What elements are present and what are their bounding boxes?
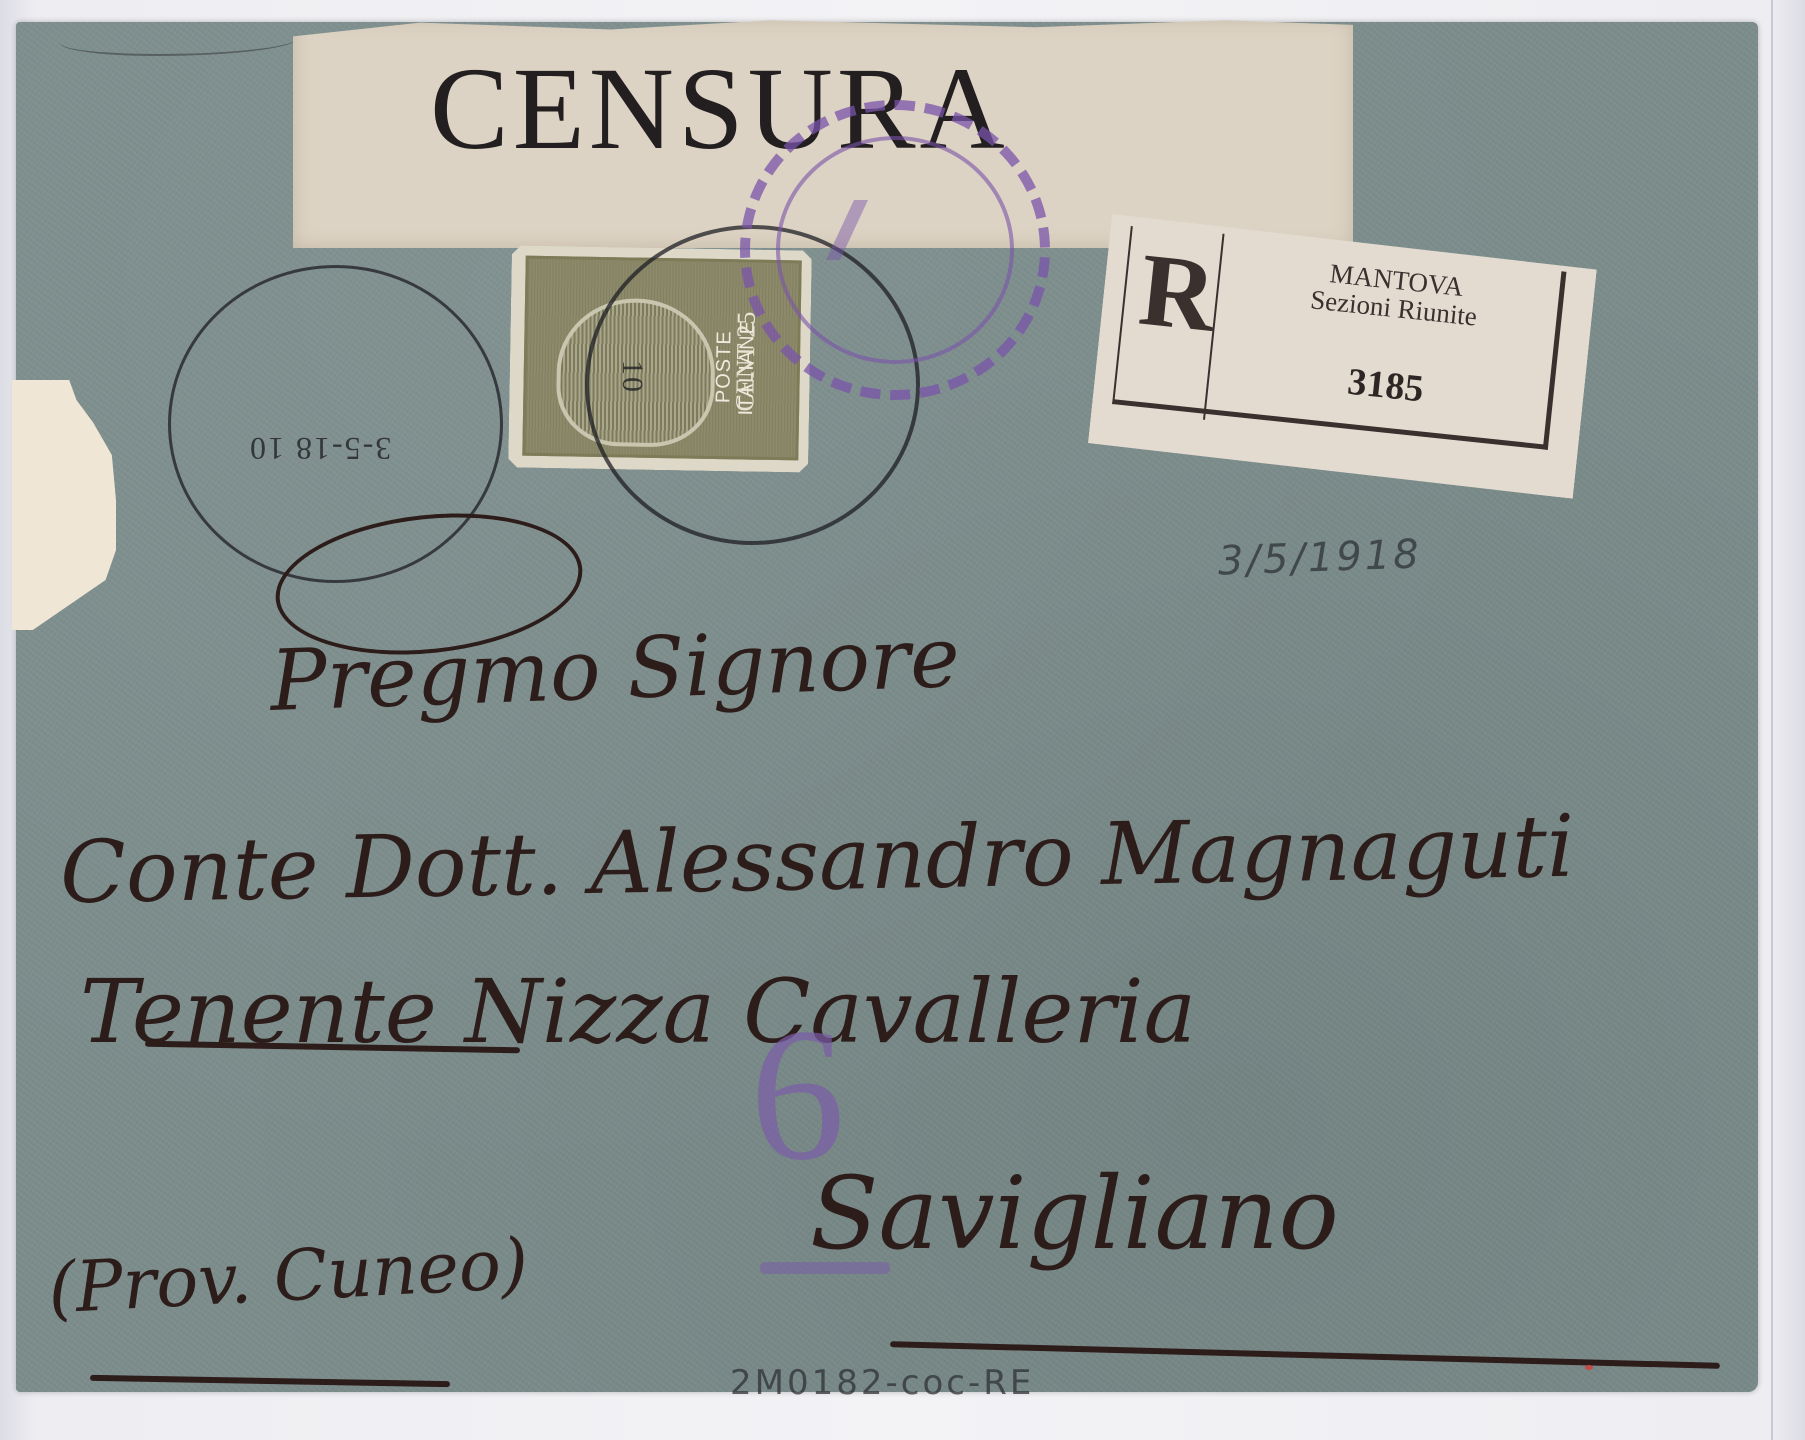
archive-reference: 2M0182-coc-RE xyxy=(730,1363,1034,1403)
address-city: Savigliano xyxy=(810,1155,1339,1272)
sleeve-seam xyxy=(1771,0,1773,1440)
postmark-left-date: 3-5-18 10 xyxy=(248,430,391,467)
registration-letter: R xyxy=(1135,238,1221,349)
pencil-date: 3/5/1918 xyxy=(1217,531,1422,584)
red-speck xyxy=(1585,1365,1593,1370)
postmark-right-date: 10 xyxy=(615,360,649,394)
